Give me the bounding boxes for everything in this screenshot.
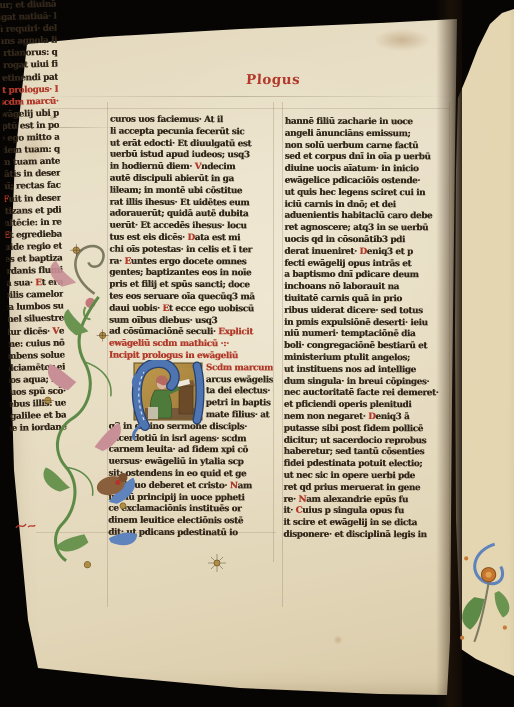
body-text: ta dei electus· et — [206, 386, 273, 396]
body-text: ret qd prius meruerat in gene — [283, 482, 420, 492]
text-line: i rogat uiui fi — [1, 59, 57, 72]
running-title: Plogus — [246, 72, 301, 88]
text-line: uerūt· Et accedēs ihesus· locu — [109, 221, 273, 234]
text-line: re· Nam alexandrie epūs fu — [283, 494, 451, 506]
text-line: fecti ewāgelij opus intrās et — [284, 258, 452, 270]
body-text: it scire et ewāgelij in se dicta — [283, 518, 417, 528]
text-line: sed et corpus dnī in oīa p uerbū — [285, 152, 453, 164]
body-text: eniq3 et p — [367, 247, 413, 257]
text-line: angeli ānunciāns emissum; — [285, 129, 453, 141]
body-text: ans agnola li — [1, 36, 57, 47]
text-line: curos uos faciemus· At il — [110, 115, 274, 128]
parchment-crease — [30, 96, 454, 97]
body-text: uerbū istud apud iudeos; usq3 — [110, 150, 250, 161]
body-text: retinendi pat — [2, 72, 58, 83]
body-text: ministerium ptulit angelos; — [284, 353, 410, 363]
text-line: aduenientis habitaclū caro debe — [284, 211, 452, 223]
body-text: i rogat uiui fi — [1, 60, 57, 71]
body-text: t ecce ego uobiscū — [169, 304, 254, 314]
body-text: diuine uocis aīatum· in inicio — [285, 164, 419, 174]
body-text: ata est mi — [195, 233, 240, 243]
body-text: uius p singula opus fu — [302, 506, 404, 516]
body-text: cce ego mitto a — [3, 133, 59, 145]
body-text: rtianorus: q — [3, 48, 57, 59]
body-text: uiam tuam ante — [4, 157, 60, 169]
border-pink-leaf — [95, 423, 121, 451]
text-line: s baptizans et pdi — [5, 204, 61, 217]
text-column-right: hannē filiū zacharie in uoceangeli ānunc… — [283, 117, 452, 542]
body-text: uit in deser — [8, 193, 61, 204]
body-text: iciū carnis in dnō; et dei — [284, 199, 395, 209]
text-line: uas· Fuit in deser — [5, 192, 61, 205]
body-text: boli· congregaciōnē bestiarū et — [284, 341, 427, 351]
body-text: et pficiendi operis plenitudi — [284, 400, 412, 410]
body-text: ret agnoscere; atq3 in se uerbū — [284, 223, 428, 234]
body-text: disponere· et disciplinā legis in — [283, 530, 426, 541]
body-text: fidei pdestinata potuit electio; — [284, 459, 423, 469]
body-text: dicitur; ut sacerdocio reprobus — [284, 435, 427, 445]
text-line: ut quis hec legens sciret cui in — [284, 187, 452, 199]
text-line: ut erāt edocti· Et diuulgatū est — [110, 138, 274, 151]
body-text: eniq3 ā — [375, 412, 409, 422]
body-text: clamātis in deser — [4, 169, 60, 181]
body-text: ewāgelice pdicaciōis ostende· — [285, 176, 421, 186]
body-text: derat inueniret· — [284, 246, 359, 256]
rubric-text: N — [298, 494, 306, 504]
body-text: inchoans nō laborauit na — [284, 282, 399, 292]
text-line: plicit prologus· I — [2, 83, 58, 96]
border-pink-leaf — [50, 260, 76, 286]
text-line: retinendi pat — [2, 71, 58, 84]
text-line: in pmis expulsiōnē deserti· ieiu — [284, 317, 452, 329]
text-line: non solū uerbum carne factū — [285, 140, 453, 152]
body-text: nem non negaret· — [284, 412, 368, 422]
text-line: haberetur; sed tantū cōsenties — [284, 447, 452, 459]
body-text: uerūt· Et accedēs ihesus· locu — [109, 221, 246, 232]
rubric-text: plicit prologus· I — [2, 84, 58, 96]
body-text: in pmis expulsiōnē deserti· ieiu — [284, 317, 428, 328]
text-line: dicitur; ut sacerdocio reprobus — [284, 435, 452, 447]
text-line: it· Cuius p singula opus fu — [283, 506, 451, 518]
body-text: ligat natiuā· l — [0, 12, 56, 23]
body-text: aduenientis habitaclū caro debe — [284, 211, 432, 222]
body-text: lileam; in montē ubi cōstitue — [110, 185, 243, 196]
floral-border-ornament — [30, 238, 155, 583]
body-text: nec auctoritatē facte rei demeret· — [284, 388, 439, 399]
text-line: ret agnoscere; atq3 in se uerbū — [284, 223, 452, 235]
body-text: ut nec sic in opere uerbi pde — [283, 471, 414, 481]
facing-page-floral-ornament — [454, 536, 514, 650]
body-text: rat illis ihesus· Et uidētes eum — [110, 197, 250, 208]
body-text: sed et corpus dnī in oīa p uerbū — [285, 152, 431, 163]
border-main-stem — [56, 297, 99, 561]
body-text: am — [237, 481, 251, 491]
body-text: ndecim — [201, 162, 235, 172]
text-line: disponere· et disciplinā legis in — [283, 530, 451, 542]
body-text: ut quis hec legens sciret cui in — [284, 187, 425, 197]
manuscript-photo: Plogus curos uos faciemus· At illi accep… — [0, 0, 514, 707]
text-line: li accepta pecunia fecerūt sic — [110, 126, 274, 139]
body-text: ism penitēcie: in re — [5, 217, 61, 229]
body-text: niū numeri· temptaciōnē dia — [284, 329, 415, 339]
body-text: ewāgelij ubi p — [3, 108, 59, 120]
red-margin-mark — [14, 518, 36, 534]
text-line: diuine uocis aīatum· in inicio — [285, 164, 453, 176]
body-text: autē discipuli abierūt in ga — [110, 174, 234, 185]
body-text: r scriptū est in po — [3, 121, 59, 133]
rubric-text: Explicit — [218, 327, 253, 337]
text-line: ut nec sic in opere uerbi pde — [283, 471, 451, 483]
text-line: ret qd prius meruerat in gene — [283, 482, 451, 494]
body-text: in hodiernū diem· — [110, 162, 195, 172]
body-text: curos uos faciemus· At il — [110, 115, 223, 125]
border-green-leaf — [56, 534, 88, 551]
text-line: uerbū istud apud iudeos; usq3 — [110, 150, 274, 163]
ruling-line — [40, 108, 450, 109]
text-line: inchoans nō laborauit na — [284, 282, 452, 294]
body-text: nū requiri· del — [1, 24, 57, 36]
border-green-leaf — [43, 467, 70, 491]
body-text: am alexandrie epūs fu — [306, 494, 408, 504]
text-line: ewāgelij ubi p — [3, 107, 59, 120]
body-text: arcus ewāgelis — [206, 375, 273, 385]
text-line: it scire et ewāgelij in se dicta — [283, 518, 451, 530]
body-text: re· — [283, 494, 298, 504]
body-text: mate filius· at — [206, 410, 270, 420]
text-line: uocis qd in cōsonātib3 pdi — [284, 235, 452, 247]
text-line: niū numeri· temptaciōnē dia — [284, 329, 452, 341]
text-line: ewāgelice pdicaciōis ostende· — [284, 176, 452, 188]
text-line: iciū carnis in dnō; et dei — [284, 199, 452, 211]
text-line: a baptismo dnī pdicare deum — [284, 270, 452, 282]
body-text: hannē filiū zacharie in uoce — [285, 117, 413, 127]
border-creature-red-accent — [115, 480, 120, 485]
text-line: putasse sibi post fidem pollicē — [284, 423, 452, 435]
body-text: petri in baptis — [206, 398, 271, 408]
text-line: ministerium ptulit angelos; — [284, 353, 452, 365]
body-text: it· — [283, 506, 295, 516]
text-line: autē discipuli abierūt in ga — [110, 174, 274, 187]
body-text: dum singula· in breui cōpinges· — [284, 376, 429, 387]
rubric-text: Scdm marcum· — [206, 363, 273, 373]
border-stem-curl — [75, 246, 103, 294]
facing-green-leaf — [462, 597, 484, 630]
rubric-text: iū scdm marcū· — [2, 96, 58, 108]
body-text: uocis qd in cōsonātib3 pdi — [284, 235, 405, 245]
border-pink-leaf — [48, 364, 76, 390]
body-text: ribus uiderat dicere· sed totus — [284, 305, 423, 315]
text-line: ut instituens nos ad intellige — [284, 364, 452, 376]
text-line: hannē filiū zacharie in uoce — [285, 117, 453, 129]
body-text: li accepta pecunia fecerūt sic — [110, 126, 244, 137]
text-line: fidei pdestinata potuit electio; — [284, 459, 452, 471]
body-text: non solū uerbum carne factū — [285, 140, 419, 150]
body-text: haberetur; sed tantū cōsenties — [284, 447, 425, 457]
body-text: a baptismo dnī pdicare deum — [284, 270, 418, 280]
body-text: putasse sibi post fidem pollicē — [284, 423, 423, 433]
body-text: te faciem tuam: q — [4, 145, 60, 157]
body-text: ut erāt edocti· Et diuulgatū est — [110, 138, 251, 149]
text-line: boli· congregaciōnē bestiarū et — [284, 341, 452, 353]
body-text: angeli ānunciāns emissum; — [285, 129, 411, 139]
text-line: derat inueniret· Deniq3 et p — [284, 246, 452, 258]
gold-ray-dot — [208, 554, 226, 572]
body-text: fecti ewāgelij opus intrās et — [284, 258, 411, 268]
text-line: in hodiernū diem· Vndecim — [110, 162, 274, 175]
body-text: s baptizans et pdi — [5, 205, 61, 217]
body-text: tiuitatē carnis quā in prio — [284, 294, 402, 304]
text-line: nec auctoritatē facte rei demeret· — [284, 388, 452, 400]
border-blue-leaf — [109, 533, 137, 546]
text-line: tiuitatē carnis quā in prio — [284, 294, 452, 306]
text-line: dum singula· in breui cōpinges· — [284, 376, 452, 388]
text-line: ism penitēcie: in re — [5, 216, 61, 229]
text-line: ligat natiuā· l — [0, 11, 56, 24]
facing-green-leaf — [495, 591, 510, 617]
rubric-text: D — [368, 412, 375, 422]
body-text: ut instituens nos ad intellige — [284, 364, 416, 374]
text-line: rat illis ihesus· Et uidētes eum — [110, 197, 274, 210]
body-text: adorauerūt; quidā autē dubita — [109, 209, 248, 220]
text-line: lileam; in montē ubi cōstitue — [110, 185, 274, 198]
text-line: et pficiendi operis plenitudi — [284, 400, 452, 412]
text-line: nem non negaret· Deniq3 ā — [284, 412, 452, 424]
text-line: adorauerūt; quidā autē dubita — [109, 209, 273, 222]
body-text: atur; et diuinā — [0, 0, 56, 11]
text-line: ribus uiderat dicere· sed totus — [284, 305, 452, 317]
